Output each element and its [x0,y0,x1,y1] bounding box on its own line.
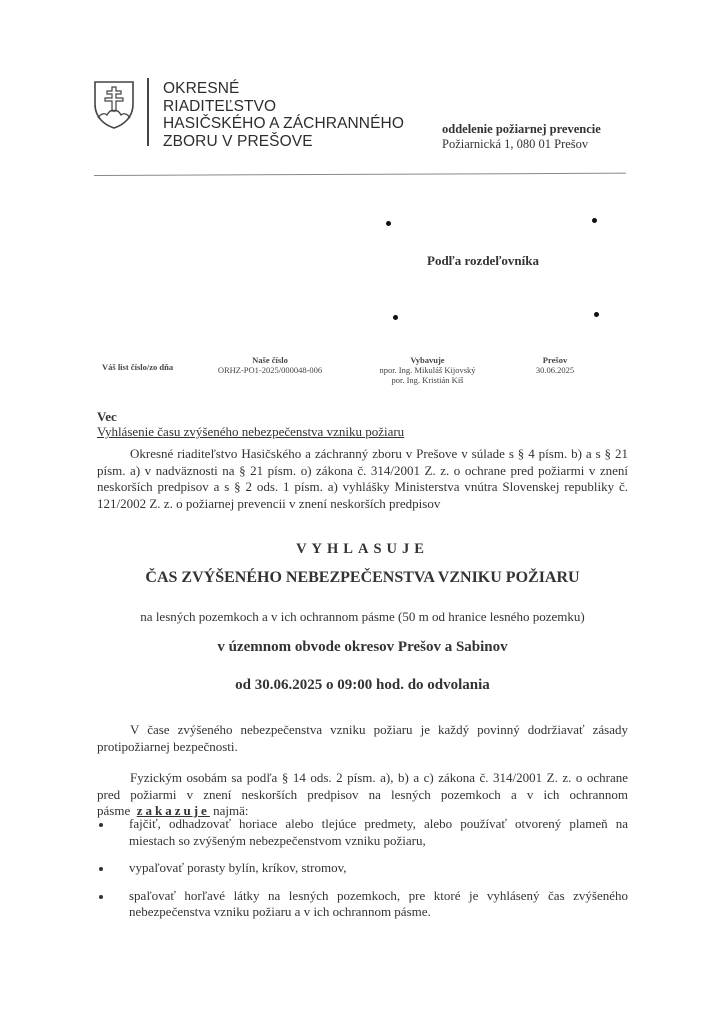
list-item-text: fajčiť, odhadzovať horiace alebo tlejúce… [129,816,628,848]
address-window-mark [393,315,398,320]
subject-text: Vyhlásenie času zvýšeného nebezpečenstva… [97,424,404,440]
header-divider [147,78,149,146]
place-date-field: Prešov 30.06.2025 [525,355,585,375]
handled-by-person: por. Ing. Kristián Kiš [365,375,490,385]
header-rule [94,173,626,177]
organization-line: OKRESNÉ [163,80,404,98]
organization-line: ZBORU V PREŠOVE [163,133,404,151]
handled-by-field: Vybavuje npor. Ing. Mikuláš Kijovský por… [365,355,490,385]
list-item: spaľovať horľavé látky na lesných pozemk… [97,888,628,921]
list-item-text: spaľovať horľavé látky na lesných pozemk… [129,888,628,920]
intro-paragraph: Okresné riaditeľstvo Hasičského a záchra… [97,446,628,512]
address-window-mark [386,221,391,226]
validity-line: od 30.06.2025 o 09:00 hod. do odvolania [97,677,628,694]
department-address: Požiarnická 1, 080 01 Prešov [442,137,601,152]
recipient: Podľa rozdeľovníka [427,253,539,269]
handled-by-person: npor. Ing. Mikuláš Kijovský [365,365,490,375]
department-name: oddelenie požiarnej prevencie [442,122,601,137]
prohibition-list: fajčiť, odhadzovať horiace alebo tlejúce… [97,816,628,932]
organization-name: OKRESNÉ RIADITEĽSTVO HASIČSKÉHO A ZÁCHRA… [163,80,404,150]
bullet-icon [99,867,103,871]
area-line: v územnom obvode okresov Prešov a Sabino… [97,639,628,656]
our-number-field: Naše číslo ORHZ-PO1-2025/000048-006 [200,355,340,375]
prohibition-paragraph: Fyzickým osobám sa podľa § 14 ods. 2 pís… [97,770,628,820]
organization-line: RIADITEĽSTVO [163,98,404,116]
our-number-value: ORHZ-PO1-2025/000048-006 [200,365,340,375]
bullet-icon [99,895,103,899]
list-item-text: vypaľovať porasty bylín, kríkov, stromov… [129,860,346,875]
address-window-mark [594,312,599,317]
list-item: vypaľovať porasty bylín, kríkov, stromov… [97,860,628,877]
your-letter-label: Váš list číslo/zo dňa [102,362,173,372]
declares-heading: VYHLASUJE [97,541,628,558]
list-item: fajčiť, odhadzovať horiace alebo tlejúce… [97,816,628,849]
duty-paragraph: V čase zvýšeného nebezpečenstva vzniku p… [97,722,628,755]
organization-line: HASIČSKÉHO A ZÁCHRANNÉHO [163,115,404,133]
place-label: Prešov [525,355,585,365]
department-block: oddelenie požiarnej prevencie Požiarnick… [442,122,601,152]
scope-line: na lesných pozemkoch a v ich ochrannom p… [97,609,628,625]
main-headline: ČAS ZVÝŠENÉHO NEBEZPEČENSTVA VZNIKU POŽI… [97,569,628,587]
subject-label: Vec [97,409,117,425]
date-value: 30.06.2025 [525,365,585,375]
our-number-label: Naše číslo [200,355,340,365]
your-letter-field: Váš list číslo/zo dňa [102,362,173,372]
handled-by-label: Vybavuje [365,355,490,365]
address-window-mark [592,218,597,223]
slovak-coat-of-arms-icon [93,80,135,130]
bullet-icon [99,823,103,827]
